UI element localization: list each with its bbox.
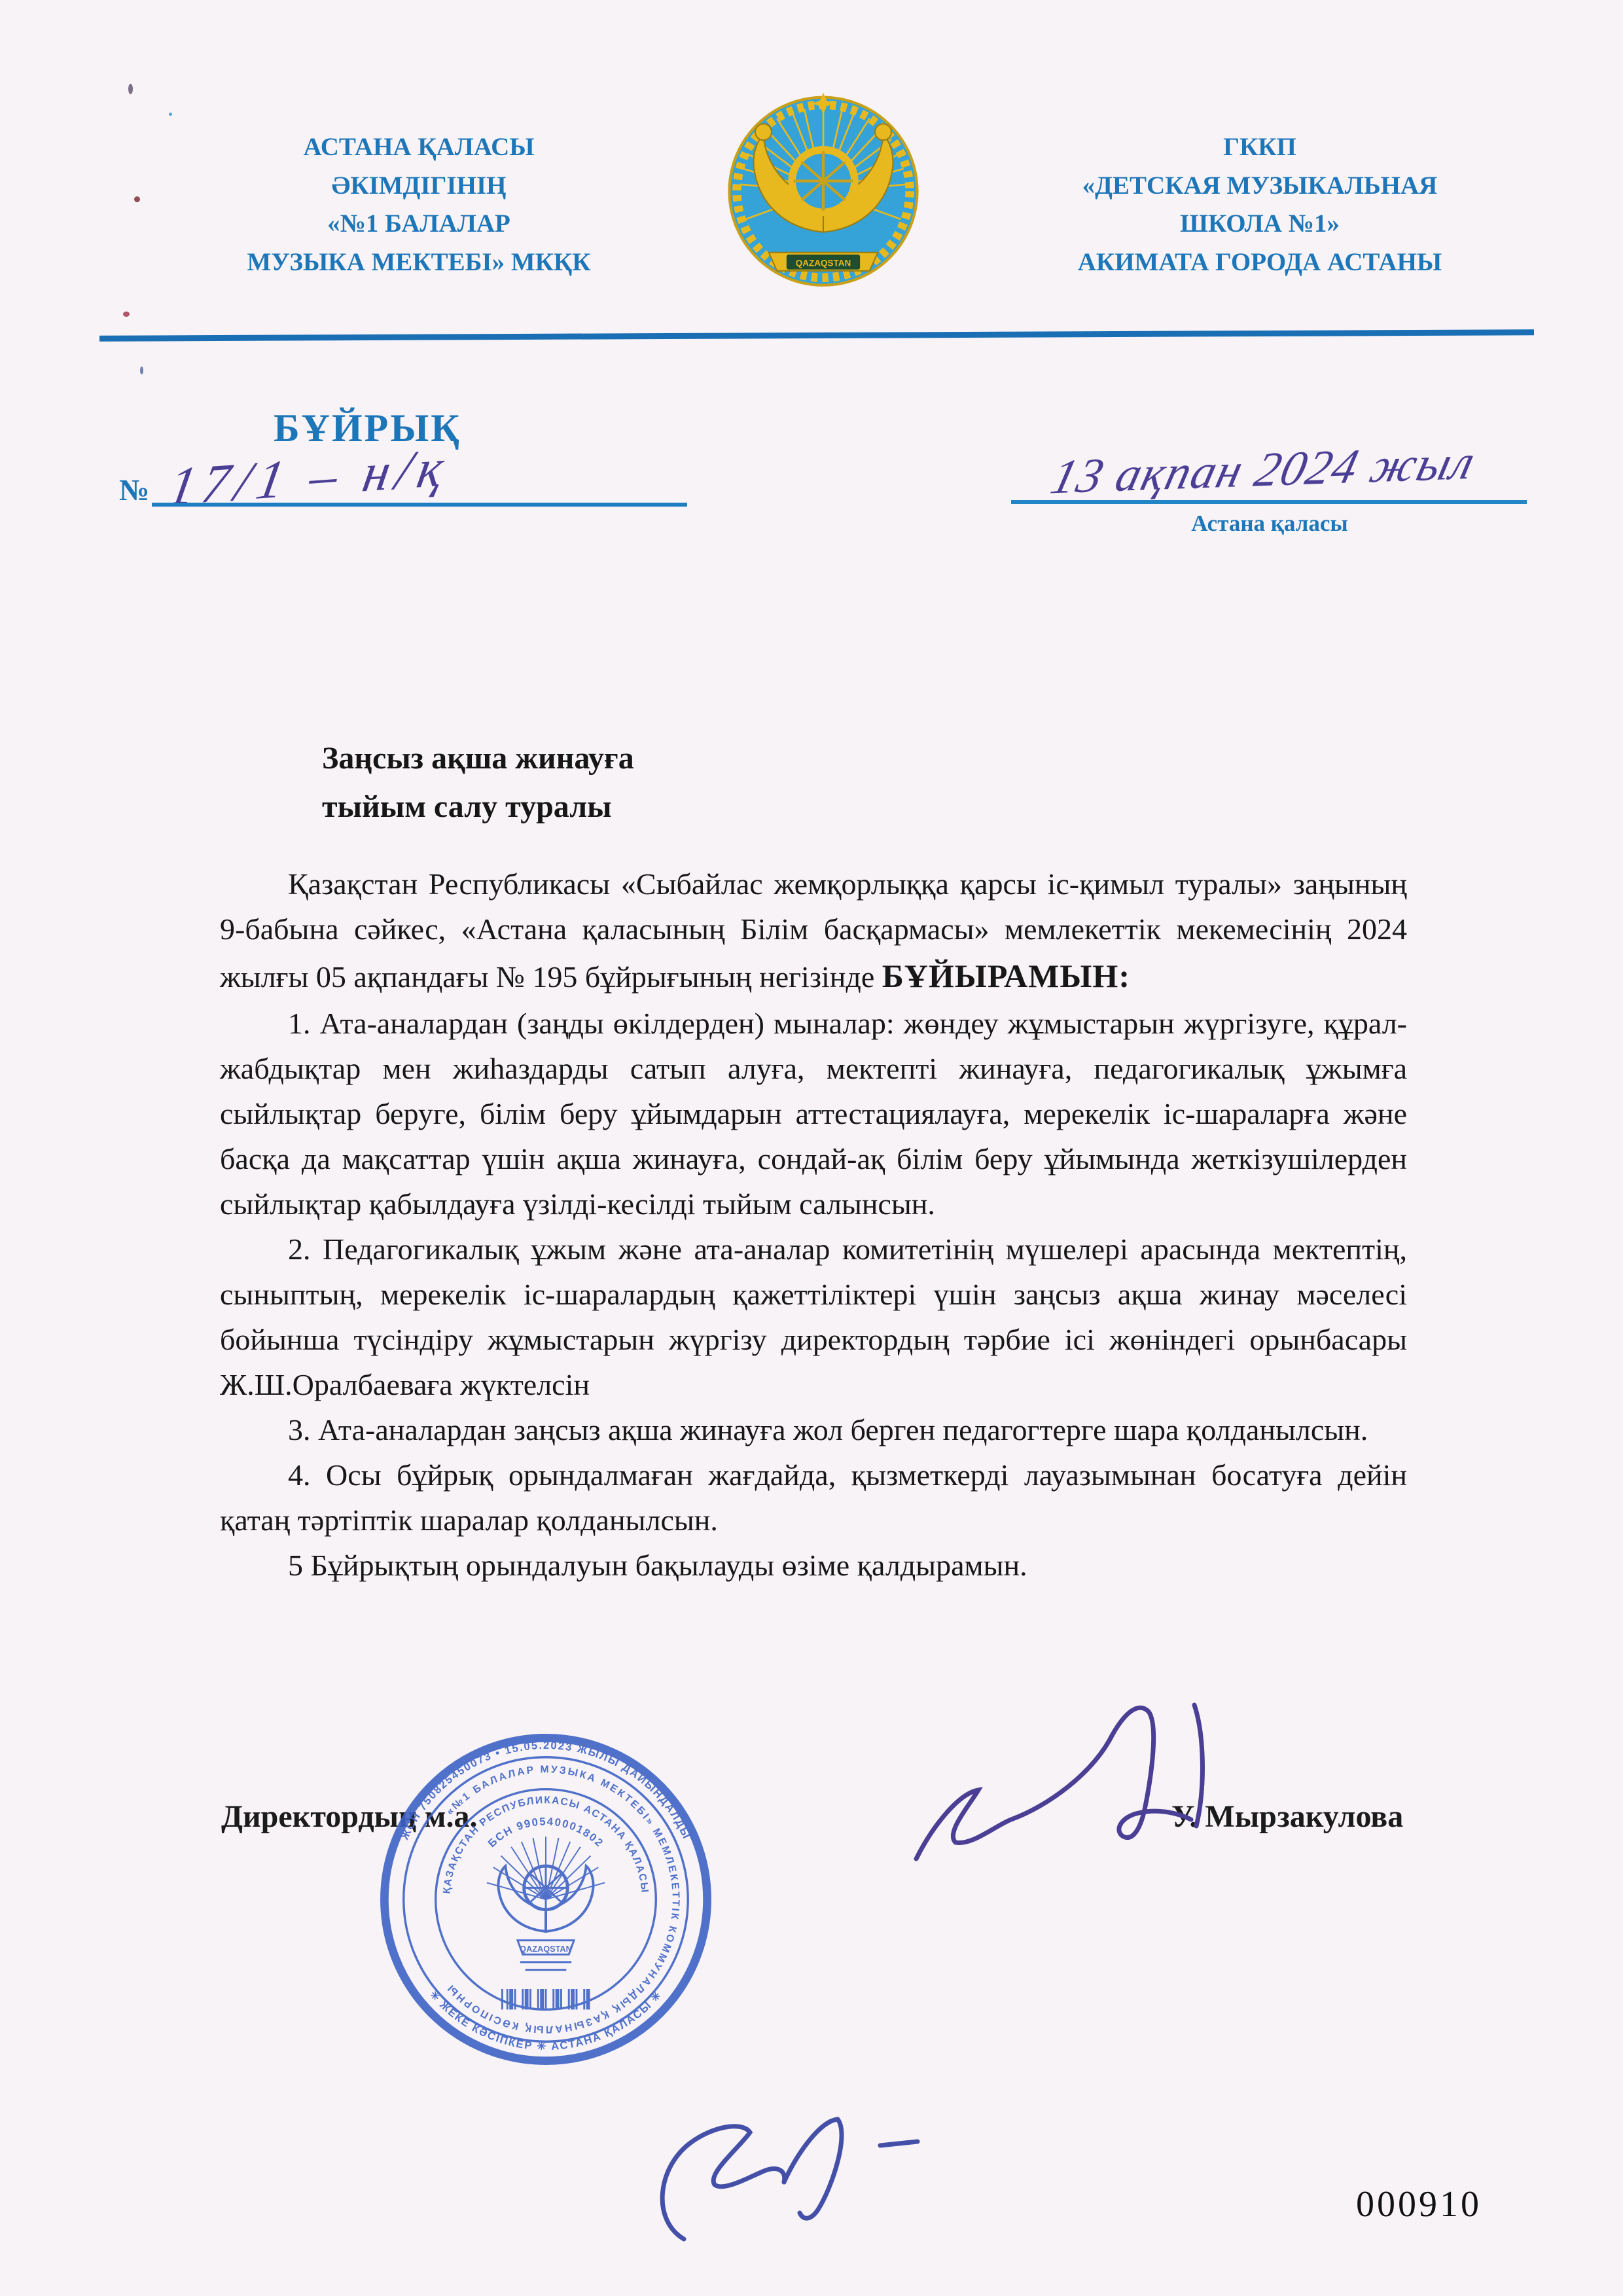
org-line: «ДЕТСКАЯ МУЗЫКАЛЬНАЯ: [1008, 167, 1512, 206]
subject-line: Заңсыз ақша жинауға: [322, 734, 634, 783]
scan-speck: [169, 113, 172, 116]
scan-speck: [128, 84, 133, 94]
document-page: АСТАНА ҚАЛАСЫ ӘКІМДІГІНІҢ «№1 БАЛАЛАР МУ…: [0, 0, 1623, 2296]
order-item-5: 5 Бұйрықтың орындалуын бақылауды өзіме қ…: [220, 1543, 1407, 1588]
order-date-underline: [1011, 500, 1527, 504]
header-divider: [99, 329, 1534, 342]
org-name-russian: ГККП «ДЕТСКАЯ МУЗЫКАЛЬНАЯ ШКОЛА №1» АКИМ…: [1008, 128, 1512, 281]
org-name-kazakh: АСТАНА ҚАЛАСЫ ӘКІМДІГІНІҢ «№1 БАЛАЛАР МУ…: [190, 128, 648, 281]
director-signature-ink: [897, 1695, 1315, 1905]
org-line: ӘКІМДІГІНІҢ: [190, 167, 648, 206]
intro-text: Қазақстан Республикасы «Сыбайлас жемқорл…: [220, 867, 1407, 994]
org-line: АКИМАТА ГОРОДА АСТАНЫ: [1008, 243, 1512, 282]
stamp-banner-label: QAZAQSTAN: [520, 1944, 572, 1954]
order-place: Астана қаласы: [1129, 511, 1410, 537]
order-item-2: 2. Педагогикалық ұжым және ата-аналар ко…: [220, 1227, 1407, 1407]
scan-speck: [140, 367, 143, 374]
emblem-banner-label: QAZAQSTAN: [796, 259, 851, 268]
form-serial-number: 000910: [1356, 2183, 1482, 2225]
order-subject: Заңсыз ақша жинауға тыйым салу туралы: [322, 734, 634, 832]
intro-paragraph: Қазақстан Республикасы «Сыбайлас жемқорл…: [220, 861, 1407, 1001]
org-line: ШКОЛА №1»: [1008, 205, 1512, 243]
official-round-stamp: ЖСН 750825450073 • 15.05.2023 ЖЫЛЫ ДАЙЫН…: [366, 1720, 725, 2079]
order-item-4: 4. Осы бұйрық орындалмаған жағдайда, қыз…: [220, 1452, 1407, 1543]
order-body: Қазақстан Республикасы «Сыбайлас жемқорл…: [220, 861, 1407, 1588]
org-line: МУЗЫКА МЕКТЕБІ» МКҚК: [190, 243, 648, 282]
org-line: ГККП: [1008, 128, 1512, 167]
order-number-prefix: №: [119, 473, 149, 507]
order-item-3: 3. Ата-аналардан заңсыз ақша жинауға жол…: [220, 1407, 1407, 1452]
secondary-signature-ink: [622, 2111, 936, 2269]
org-line: «№1 БАЛАЛАР: [190, 205, 648, 243]
order-number-underline: [152, 503, 687, 507]
kazakhstan-emblem-icon: QAZAQSTAN: [721, 84, 925, 292]
scan-speck: [134, 196, 140, 202]
org-line: АСТАНА ҚАЛАСЫ: [190, 128, 648, 167]
decree-word: БҰЙЫРАМЫН:: [882, 958, 1130, 994]
order-item-1: 1. Ата-аналардан (заңды өкілдерден) мына…: [220, 1001, 1407, 1227]
subject-line: тыйым салу туралы: [322, 783, 634, 831]
scan-speck: [123, 312, 130, 317]
order-date-handwritten: 13 ақпан 2024 жыл: [1046, 435, 1482, 505]
